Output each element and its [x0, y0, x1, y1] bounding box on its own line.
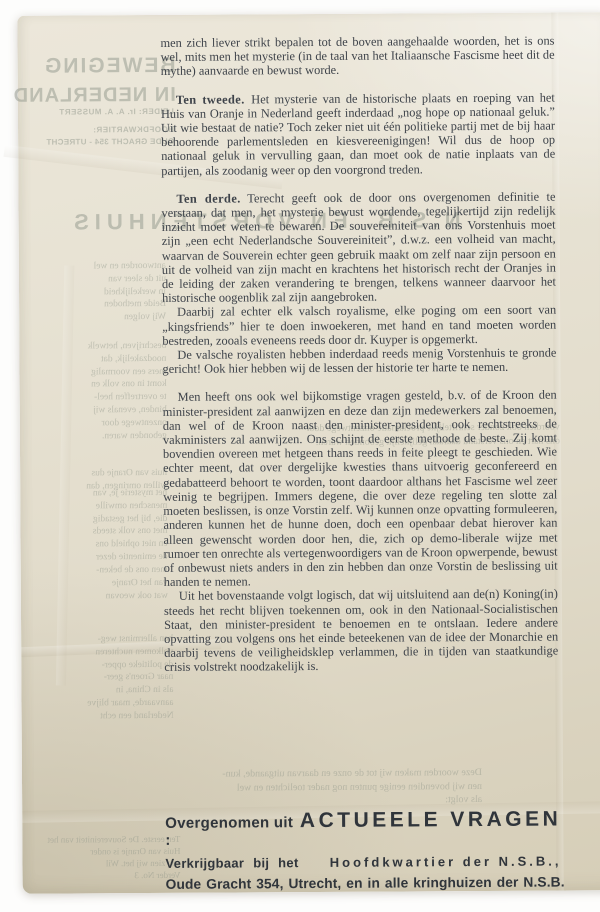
paragraph-4: Daarbij zal echter elk valsch royalisme,…	[162, 303, 556, 348]
paragraph-1: men zich liever strikt bepalen tot de bo…	[160, 34, 554, 79]
bleed-fragment-d: het mysterie je, van menschen omwille di…	[32, 487, 168, 603]
bleed-leader-line: LEIDER: Ir. A. A. MUSSERT	[26, 107, 174, 119]
availability-prefix: Verkrijgbaar bij het	[165, 855, 298, 871]
footer-availability-line: Verkrijgbaar bij het Hoofdkwartier der N…	[165, 854, 561, 871]
paragraph-5: De valsche royalisten hebben inderdaad r…	[162, 346, 556, 377]
footer: Overgenomen uit : ACTUEELE VRAGEN Verkri…	[165, 808, 561, 892]
paragraph-6: Men heeft ons ook wel bijkomstige vragen…	[163, 388, 558, 589]
paragraph-2: Ten tweede. Het mysterie van de historis…	[161, 90, 556, 178]
paragraph-lead: Ten derde.	[176, 191, 247, 205]
bleed-fragment-g: Ten eerste. De Souvereiniteit van het Hu…	[30, 833, 180, 882]
bleed-title-nederland: IN NEDERLAND	[4, 82, 176, 110]
source-title: ACTUEELE VRAGEN	[300, 808, 562, 834]
bleed-fragment-b: beschrijven, hetwelk noodzakelijk, dat m…	[31, 340, 167, 443]
footer-source-line: Overgenomen uit : ACTUEELE VRAGEN	[165, 808, 561, 849]
body-text: men zich liever strikt bepalen tot de bo…	[160, 34, 558, 675]
bleed-title-beweging: BEWEGING	[18, 52, 176, 81]
footer-address-line: Oude Gracht 354, Utrecht, en in alle kri…	[166, 875, 562, 892]
bleed-hoofdkwartier-line: HOOFDKWARTIER:	[58, 125, 174, 137]
bleed-fragment-a: antwoorden en wel uit de sleer van in we…	[31, 260, 166, 325]
scanned-pamphlet-page: BEWEGINGIN NEDERLANDLEIDER: Ir. A. A. MU…	[17, 12, 600, 894]
paragraph-lead: Ten tweede.	[176, 92, 252, 106]
bleed-fragment-f: Deze woorden maken wij tot de onze en da…	[62, 766, 482, 809]
availability-spaced: Hoofdkwartier der N.S.B.,	[330, 854, 562, 870]
paragraph-3: Ten derde. Terecht geeft ook de door ons…	[161, 189, 556, 305]
bleed-fragment-e: hen allerminst weg- volkomen nuchteren d…	[33, 633, 174, 724]
page-background: { "colors":{"paper":"#e6e1d2","ink":"#3e…	[0, 0, 600, 912]
paragraph-7: Uit het bovenstaande volgt logisch, dat …	[164, 587, 559, 675]
source-label: Overgenomen uit :	[165, 814, 300, 849]
bleed-address-line: OUDE GRACHT 354 - UTRECHT	[20, 137, 174, 149]
